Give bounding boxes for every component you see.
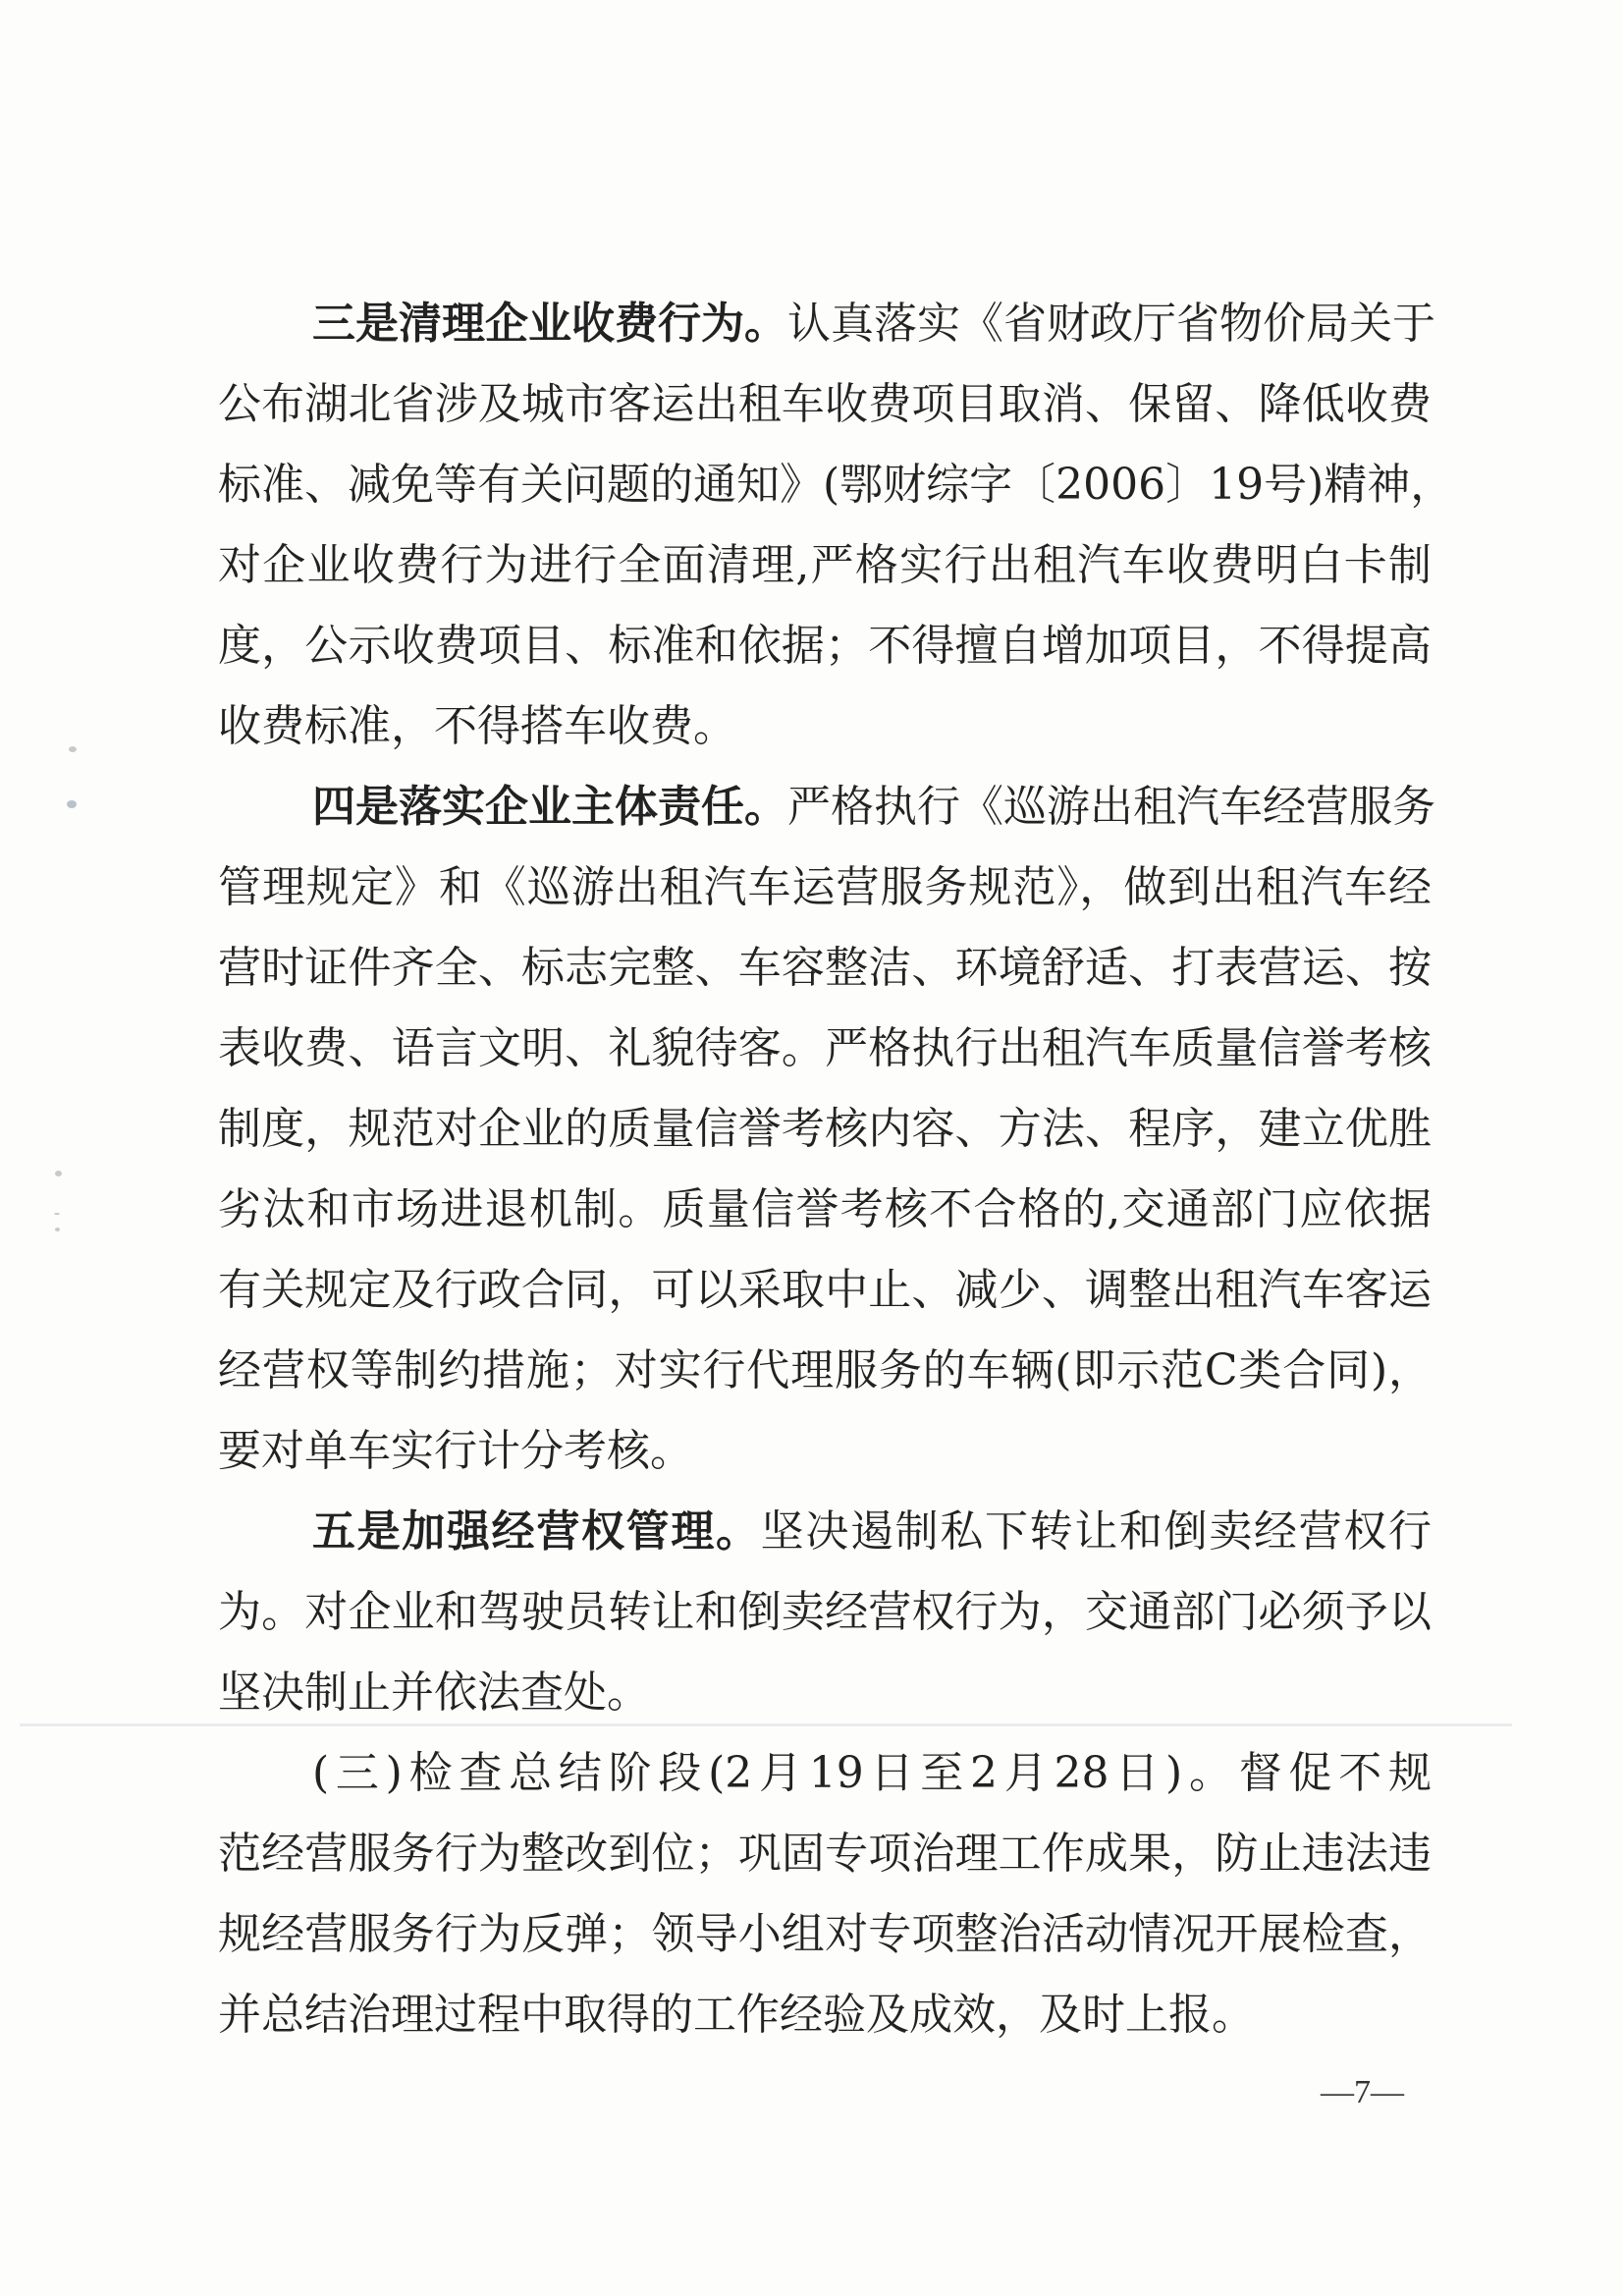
- paragraph-1-line-6: 收费标准，不得搭车收费。: [218, 697, 1432, 756]
- paragraph-3-line-3: 坚决制止并依法查处。: [218, 1664, 1432, 1722]
- paragraph-4-line-4: 并总结治理过程中取得的工作经验及成效，及时上报。: [218, 1986, 1432, 2045]
- scan-speck: [55, 1228, 60, 1231]
- paragraph-4-line-3: 规经营服务行为反弹；领导小组对专项整治活动情况开展检查，: [218, 1905, 1432, 1964]
- paragraph-2-line-7: 有关规定及行政合同，可以采取中止、减少、调整出租汽车客运: [218, 1261, 1432, 1320]
- paragraph-1-line-3: 标准、减免等有关问题的通知》(鄂财综字〔2006〕19号)精神，: [218, 456, 1432, 515]
- scan-artifact-line: [20, 1723, 1512, 1726]
- paragraph-2-line-9: 要对单车实行计分考核。: [218, 1422, 1432, 1481]
- document-page: 三是清理企业收费行为。认真落实《省财政厅省物价局关于 公布湖北省涉及城市客运出租…: [0, 0, 1623, 2296]
- paragraph-2-line-6: 劣汰和市场进退机制。质量信誉考核不合格的,交通部门应依据: [218, 1180, 1432, 1239]
- paragraph-2-line-5: 制度，规范对企业的质量信誉考核内容、方法、程序，建立优胜: [218, 1100, 1432, 1159]
- scan-speck: [54, 1213, 60, 1215]
- paragraph-1-line-1: 三是清理企业收费行为。认真落实《省财政厅省物价局关于: [312, 295, 1432, 354]
- scan-speck: [67, 800, 77, 808]
- paragraph-4-line-1: (三)检查总结阶段(2月19日至2月28日)。督促不规: [312, 1744, 1432, 1803]
- scan-speck: [69, 746, 77, 752]
- paragraph-2-line-3: 营时证件齐全、标志完整、车容整洁、环境舒适、打表营运、按: [218, 939, 1432, 998]
- paragraph-3-line-1-text: 坚决遏制私下转让和倒卖经营权行: [761, 1506, 1432, 1557]
- scan-speck: [55, 1171, 62, 1176]
- page-number: —7—: [1321, 2074, 1404, 2111]
- paragraph-1-heading: 三是清理企业收费行为。: [312, 299, 787, 349]
- paragraph-1-line-2: 公布湖北省涉及城市客运出租车收费项目取消、保留、降低收费: [218, 375, 1432, 434]
- paragraph-1-line-5: 度，公示收费项目、标准和依据；不得擅自增加项目，不得提高: [218, 617, 1432, 676]
- paragraph-2-line-8: 经营权等制约措施；对实行代理服务的车辆(即示范C类合同)，: [218, 1341, 1432, 1400]
- paragraph-2-line-4: 表收费、语言文明、礼貌待客。严格执行出租汽车质量信誉考核: [218, 1019, 1432, 1078]
- paragraph-3-line-1: 五是加强经营权管理。坚决遏制私下转让和倒卖经营权行: [312, 1503, 1432, 1561]
- paragraph-1-line-4: 对企业收费行为进行全面清理,严格实行出租汽车收费明白卡制: [218, 536, 1432, 595]
- paragraph-2-heading: 四是落实企业主体责任。: [312, 782, 787, 832]
- paragraph-3-line-2: 为。对企业和驾驶员转让和倒卖经营权行为，交通部门必须予以: [218, 1583, 1432, 1642]
- paragraph-2-line-1: 四是落实企业主体责任。严格执行《巡游出租汽车经营服务: [312, 778, 1432, 837]
- paragraph-1-line-1-text: 认真落实《省财政厅省物价局关于: [787, 299, 1435, 349]
- paragraph-3-heading: 五是加强经营权管理。: [312, 1506, 761, 1557]
- paragraph-4-line-2: 范经营服务行为整改到位；巩固专项治理工作成果，防止违法违: [218, 1825, 1432, 1884]
- paragraph-2-line-2: 管理规定》和《巡游出租汽车运营服务规范》，做到出租汽车经: [218, 858, 1432, 917]
- paragraph-2-line-1-text: 严格执行《巡游出租汽车经营服务: [787, 782, 1435, 832]
